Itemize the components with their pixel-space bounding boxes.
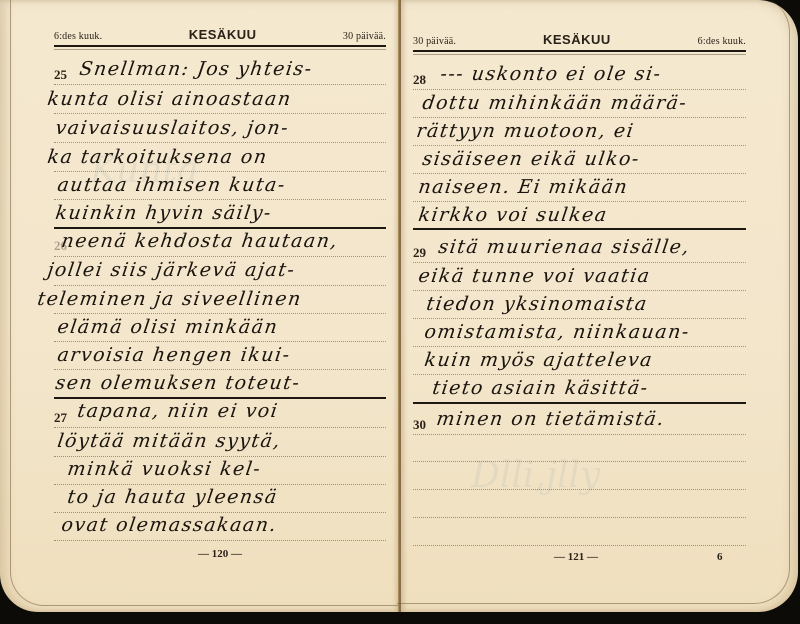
ruled-line (54, 313, 386, 314)
right-page: Dlli,jlly 30 päivää. KESÄKUU 6:des kuuk.… (401, 0, 798, 612)
ruled-line (413, 89, 746, 90)
ruled-line (54, 256, 386, 257)
handwritten-line: minkä vuoksi kel- (66, 458, 263, 480)
handwritten-line: elämä olisi minkään (56, 316, 280, 338)
ruled-line (54, 369, 386, 370)
handwritten-line: teleminen ja siveellinen (36, 288, 303, 310)
ruled-line (54, 341, 386, 342)
page-number: — 121 — (554, 551, 598, 563)
ruled-line (54, 427, 386, 428)
day-number: 30 (413, 417, 426, 433)
handwritten-line: ka tarkoituksena on (46, 146, 269, 168)
header-rule (54, 45, 386, 47)
ruled-line (54, 142, 386, 143)
ruled-line (413, 173, 746, 174)
handwritten-line: naiseen. Ei mikään (417, 176, 630, 198)
handwritten-line: dottu mihinkään määrä- (421, 92, 689, 114)
handwritten-line: Snellman: Jos yhteis- (78, 58, 314, 80)
day-separator (413, 402, 746, 404)
handwritten-line: omistamista, niinkauan- (423, 321, 691, 343)
ruled-line (54, 456, 386, 457)
handwritten-line: tapana, niin ei voi (76, 400, 280, 422)
ruled-line (413, 117, 746, 118)
day-number: 29 (413, 245, 426, 261)
ruled-line (54, 540, 386, 541)
handwritten-line: kunta olisi ainoastaan (46, 88, 293, 110)
handwritten-line: jollei siis järkevä ajat- (46, 259, 297, 281)
ruled-line (413, 262, 746, 263)
day-number: 25 (54, 67, 67, 83)
header-month-title: KESÄKUU (543, 32, 611, 47)
ruled-line (413, 461, 746, 462)
handwritten-line: to ja hauta yleensä (66, 486, 279, 508)
page-header: 30 päivää. KESÄKUU 6:des kuuk. (413, 32, 746, 47)
ruled-line (54, 113, 386, 114)
left-page: Kunta 6:des kuuk. KESÄKUU 30 päivää. 25 … (0, 0, 399, 612)
handwritten-line: tiedon yksinomaista (425, 293, 649, 315)
ruled-line (413, 517, 746, 518)
handwritten-line: kuin myös ajatteleva (423, 349, 655, 371)
ruled-line (413, 318, 746, 319)
ruled-line (413, 145, 746, 146)
handwritten-line: minen on tietämistä. (435, 408, 666, 430)
day-separator (413, 228, 746, 230)
handwritten-line: kuinkin hyvin säily- (54, 202, 273, 224)
header-month-ordinal: 6:des kuuk. (698, 36, 746, 47)
header-day-count: 30 päivää. (413, 36, 456, 47)
handwritten-line: sitä muurienaa sisälle, (437, 236, 692, 258)
ruled-line (413, 374, 746, 375)
header-rule (413, 50, 746, 52)
handwritten-line: vaivaisuuslaitos, jon- (54, 117, 291, 139)
handwritten-line: arvoisia hengen ikui- (56, 344, 292, 366)
diary-spread: Kunta 6:des kuuk. KESÄKUU 30 päivää. 25 … (0, 0, 800, 624)
ruled-line (413, 290, 746, 291)
page-number: — 120 — (198, 548, 242, 560)
handwritten-line: eikä tunne voi vaatia (417, 265, 652, 287)
header-day-count: 30 päivää. (343, 31, 386, 42)
handwritten-line: ovat olemassakaan. (60, 514, 279, 536)
ruled-line (54, 484, 386, 485)
handwritten-line: tieto asiain käsittä- (431, 377, 650, 399)
header-month-ordinal: 6:des kuuk. (54, 31, 102, 42)
ruled-line (413, 434, 746, 435)
handwritten-line: --- uskonto ei ole si- (439, 63, 663, 85)
ruled-line (413, 489, 746, 490)
handwritten-line: sisäiseen eikä ulko- (421, 148, 641, 170)
ruled-line (413, 545, 746, 546)
ruled-line (54, 84, 386, 85)
ruled-line (54, 171, 386, 172)
handwritten-line: auttaa ihmisen kuta- (56, 174, 287, 196)
handwritten-line: löytää mitään syytä, (56, 430, 283, 452)
header-month-title: KESÄKUU (189, 27, 257, 42)
page-header: 6:des kuuk. KESÄKUU 30 päivää. (54, 27, 386, 42)
handwritten-line: neenä kehdosta hautaan, (60, 230, 340, 252)
ruled-line (54, 285, 386, 286)
day-separator (54, 227, 386, 229)
ruled-line (54, 199, 386, 200)
handwritten-line: sen olemuksen toteut- (54, 372, 302, 394)
day-number: 28 (413, 72, 426, 88)
ruled-line (54, 512, 386, 513)
ruled-line (413, 346, 746, 347)
ruled-line (413, 201, 746, 202)
signature-mark: 6 (717, 551, 723, 563)
day-number: 27 (54, 410, 67, 426)
day-separator (54, 397, 386, 399)
handwritten-line: rättyyn muotoon, ei (415, 120, 636, 142)
handwritten-line: kirkko voi sulkea (417, 204, 609, 226)
